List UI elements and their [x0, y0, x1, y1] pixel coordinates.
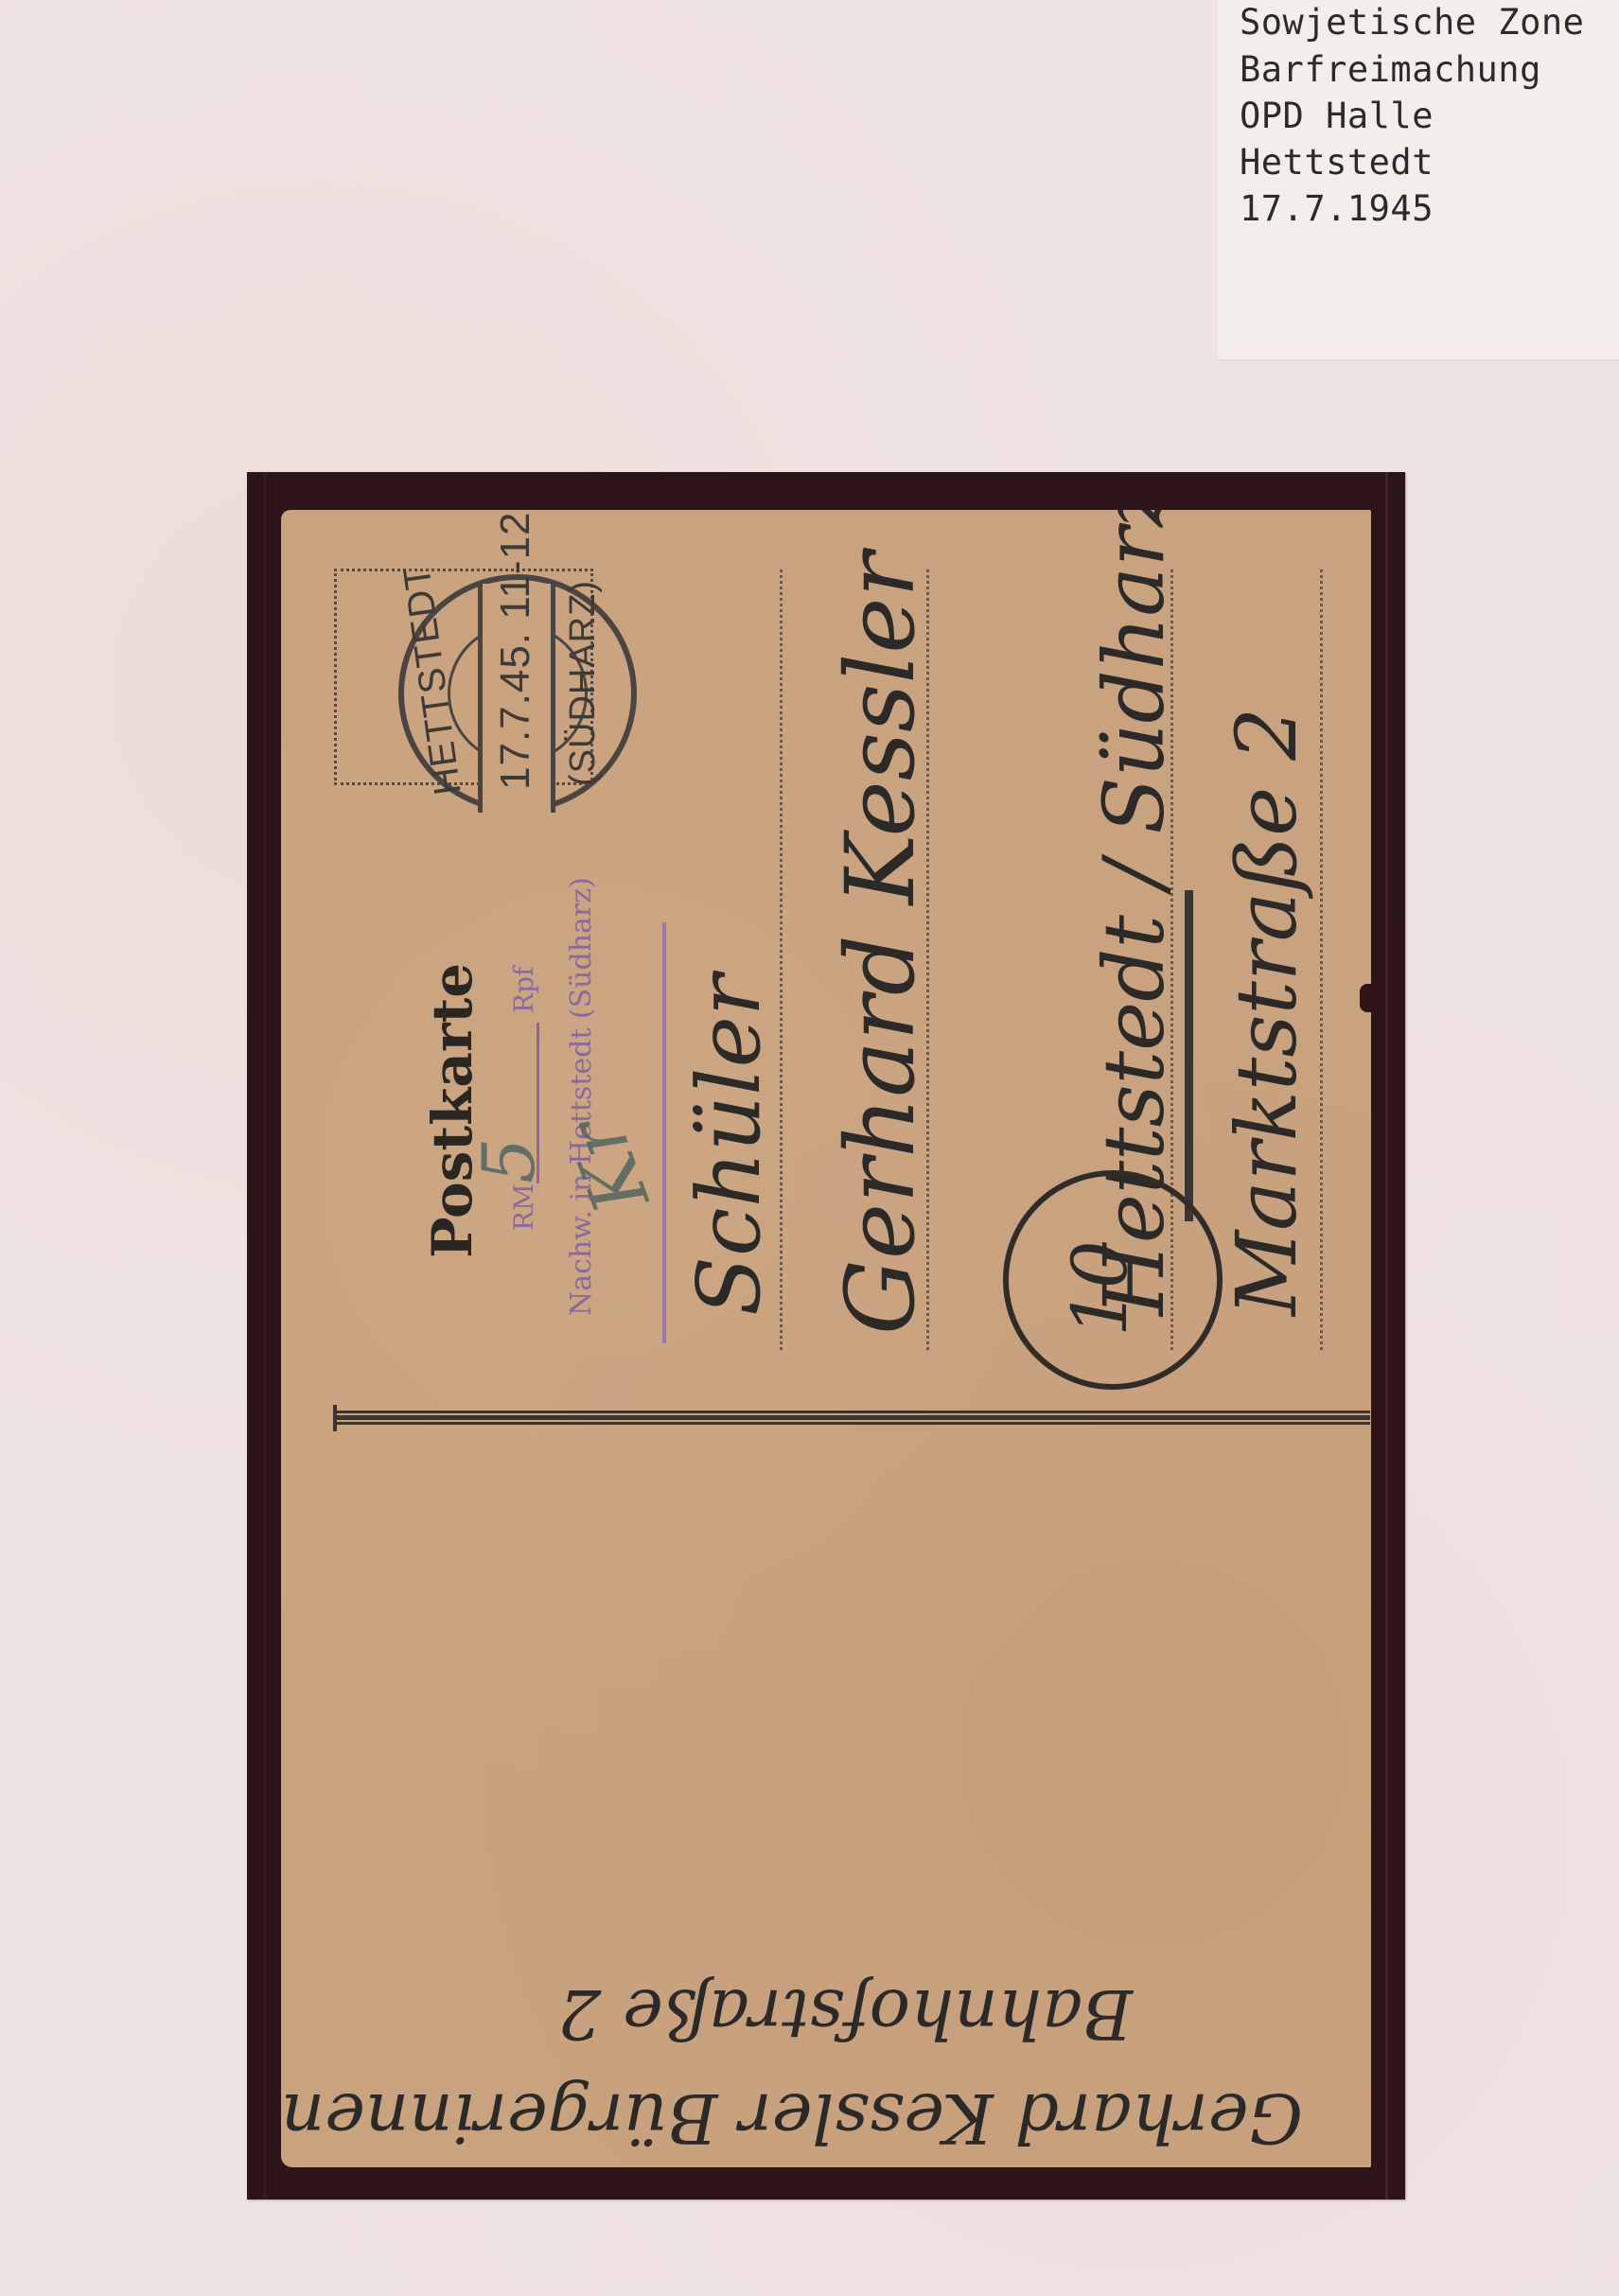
postcode-number: 10	[1056, 1240, 1144, 1337]
card-edge-notch	[1360, 984, 1375, 1012]
label-line-franking: Barfreimachung	[1240, 49, 1541, 90]
description-label: Sowjetische Zone Barfreimachung OPD Hall…	[1218, 0, 1619, 359]
postcard-title: Postkarte	[420, 963, 484, 1258]
postcard-rotated-content: 17.7.45. 11-12 HETTSTEDT (SÜDHARZ) Postk…	[281, 510, 1371, 2167]
sender-line-1: Gerhard Kessler Bürgerinnen Hettstedt	[281, 2078, 1303, 2158]
message-area: Gerhard Kessler Bürgerinnen Hettstedt Ba…	[281, 1424, 1371, 2167]
fee-verification-text: Nachw. in Hettstedt (Südharz)	[565, 877, 598, 1316]
address-divider	[336, 1411, 1370, 1424]
address-recipient-title: Schüler	[678, 974, 780, 1316]
label-line-opd: OPD Halle	[1240, 96, 1434, 136]
postmark-cancel: 17.7.45. 11-12 HETTSTEDT (SÜDHARZ)	[398, 574, 637, 813]
fee-handwritten-value: 5	[466, 1138, 551, 1183]
postcode-circle: 10	[1003, 1170, 1223, 1390]
sender-line-2: Bahnhofstraße 2	[557, 1974, 1133, 2054]
address-town-underline	[1185, 890, 1193, 1221]
fee-stamp: RM Rpf	[508, 919, 546, 1335]
postmark-region: (SÜDHARZ)	[563, 580, 604, 786]
postmark-date: 17.7.45. 11-12	[492, 511, 539, 790]
fee-currency-right: Rpf	[508, 967, 539, 1013]
fee-currency-left: RM	[508, 1183, 539, 1231]
address-line-4	[1320, 570, 1323, 1350]
label-line-date: 17.7.1945	[1240, 188, 1434, 229]
label-line-zone: Sowjetische Zone	[1240, 2, 1584, 43]
postcard: 17.7.45. 11-12 HETTSTEDT (SÜDHARZ) Postk…	[281, 510, 1371, 2167]
address-line-1	[780, 570, 783, 1350]
fee-stamp-rule	[662, 922, 666, 1343]
address-street: Marktstraße 2	[1218, 708, 1315, 1316]
label-line-town: Hettstedt	[1240, 142, 1434, 183]
postmark-date-band: 17.7.45. 11-12	[478, 584, 555, 813]
address-recipient-name: Gerhard Kessler	[825, 552, 936, 1335]
